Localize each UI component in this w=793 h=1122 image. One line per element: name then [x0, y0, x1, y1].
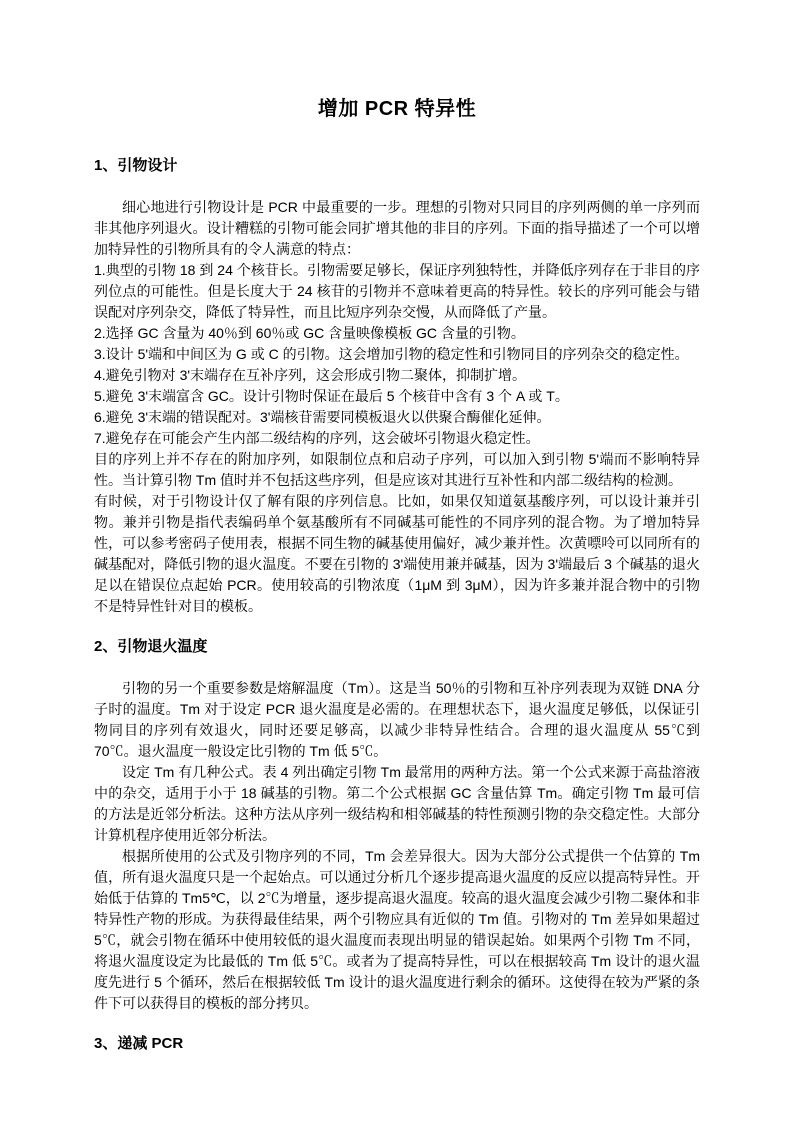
document-body: 1、引物设计细心地进行引物设计是 PCR 中最重要的一步。理想的引物对只同目的序… — [94, 155, 700, 1055]
list-item: 7.避免存在可能会产生内部二级结构的序列，这会破坏引物退火稳定性。 — [94, 428, 700, 449]
paragraph: 设定 Tm 有几种公式。表 4 列出确定引物 Tm 最常用的两种方法。第一个公式… — [94, 762, 700, 846]
list-item: 5.避免 3'末端富含 GC。设计引物时保证在最后 5 个核苷中含有 3 个 A… — [94, 386, 700, 407]
paragraph: 引物的另一个重要参数是熔解温度（Tm）。这是当 50％的引物和互补序列表现为双链… — [94, 678, 700, 762]
paragraph: 目的序列上并不存在的附加序列，如限制位点和启动子序列，可以加入到引物 5'端而不… — [94, 449, 700, 491]
list-item: 3.设计 5'端和中间区为 G 或 C 的引物。这会增加引物的稳定性和引物同目的… — [94, 344, 700, 365]
document-page: 增加 PCR 特异性 1、引物设计细心地进行引物设计是 PCR 中最重要的一步。… — [0, 0, 793, 1122]
section-body: 引物的另一个重要参数是熔解温度（Tm）。这是当 50％的引物和互补序列表现为双链… — [94, 678, 700, 1014]
paragraph: 根据所使用的公式及引物序列的不同，Tm 会差异很大。因为大部分公式提供一个估算的… — [94, 846, 700, 1014]
section-body: 细心地进行引物设计是 PCR 中最重要的一步。理想的引物对只同目的序列两侧的单一… — [94, 197, 700, 617]
section-heading: 3、递减 PCR — [94, 1033, 700, 1055]
list-item: 4.避免引物对 3'末端存在互补序列，这会形成引物二聚体，抑制扩增。 — [94, 365, 700, 386]
section-heading: 1、引物设计 — [94, 155, 700, 177]
paragraph: 细心地进行引物设计是 PCR 中最重要的一步。理想的引物对只同目的序列两侧的单一… — [94, 197, 700, 260]
list-item: 2.选择 GC 含量为 40％到 60％或 GC 含量映像模板 GC 含量的引物… — [94, 323, 700, 344]
list-item: 6.避免 3'末端的错误配对。3'端核苷需要同模板退火以供聚合酶催化延伸。 — [94, 407, 700, 428]
document-title: 增加 PCR 特异性 — [94, 96, 700, 122]
list-item: 1.典型的引物 18 到 24 个核苷长。引物需要足够长，保证序列独特性，并降低… — [94, 260, 700, 323]
paragraph: 有时候，对于引物设计仅了解有限的序列信息。比如，如果仅知道氨基酸序列，可以设计兼… — [94, 491, 700, 617]
section-heading: 2、引物退火温度 — [94, 636, 700, 658]
